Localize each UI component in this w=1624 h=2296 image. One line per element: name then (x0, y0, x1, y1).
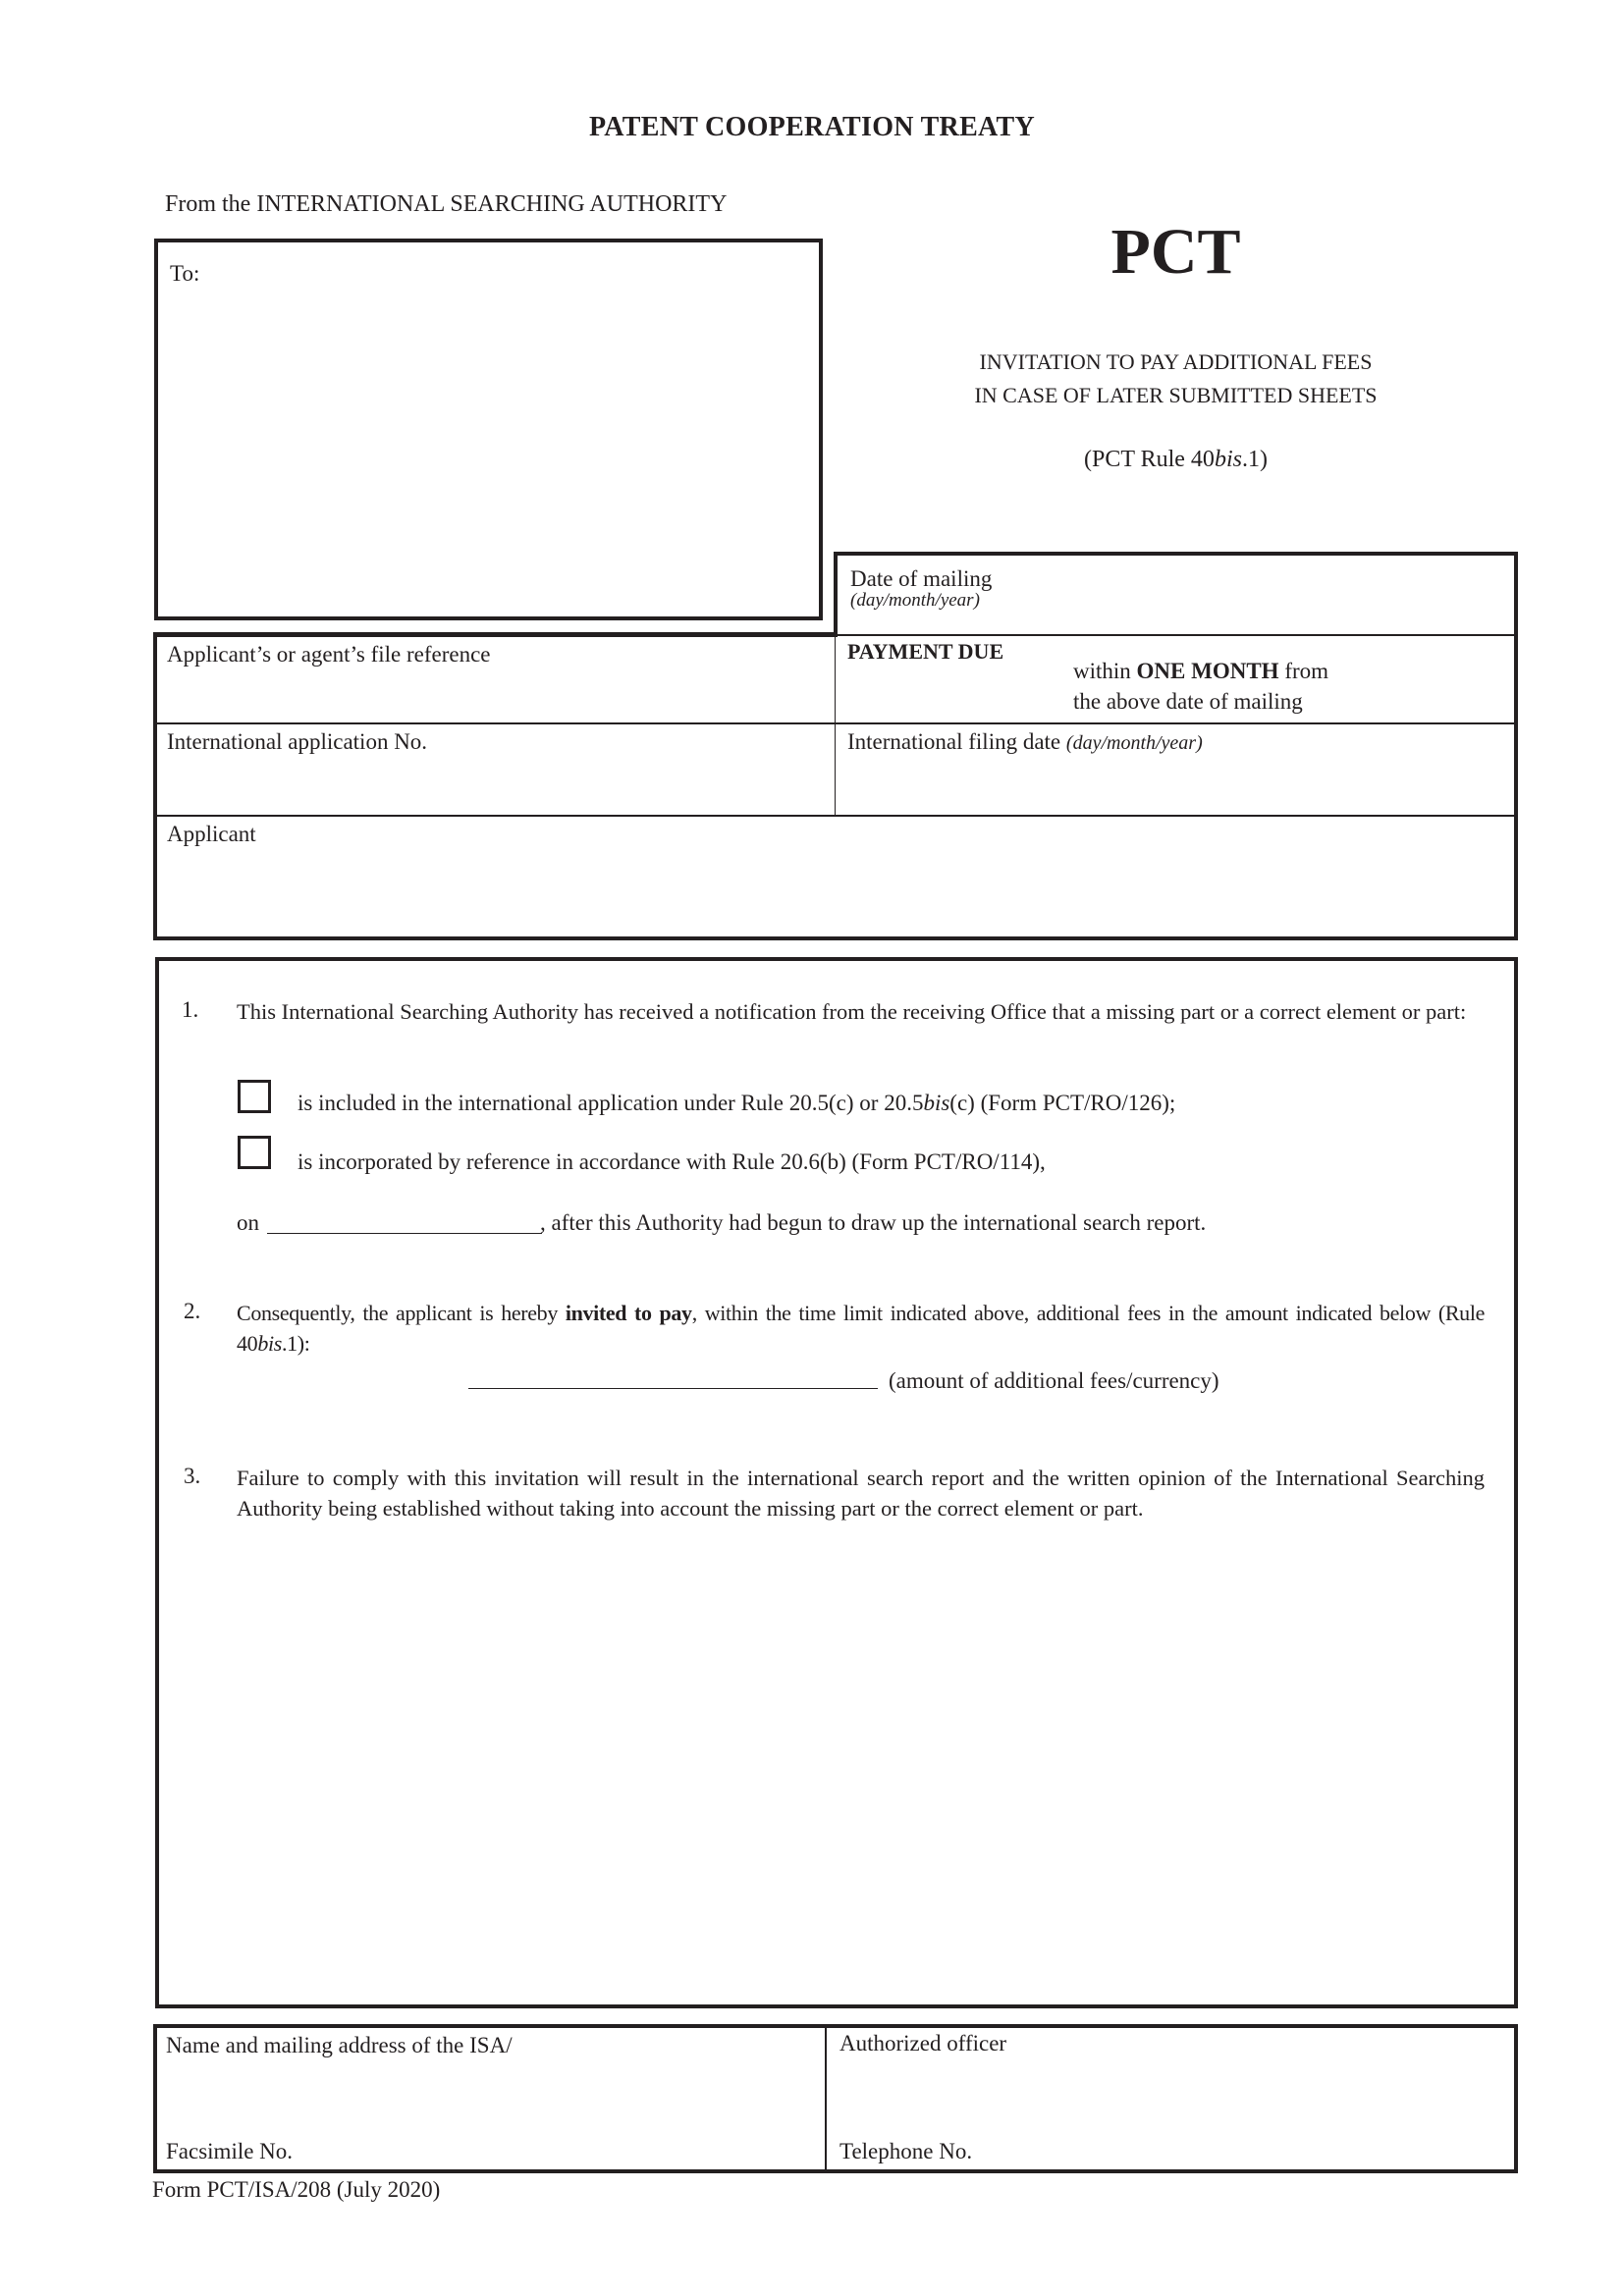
payment-due-label: PAYMENT DUE (847, 638, 1003, 666)
row-divider (155, 722, 1516, 724)
amount-input[interactable] (468, 1388, 878, 1389)
signature-column-divider (825, 2027, 827, 2170)
isa-address-label: Name and mailing address of the ISA/ (166, 2032, 513, 2060)
to-label: To: (170, 260, 199, 289)
row-divider (155, 815, 1516, 817)
telephone-label: Telephone No. (839, 2138, 972, 2166)
application-no-field[interactable]: International application No. (157, 726, 833, 813)
payment-period: within ONE MONTH from (1073, 658, 1328, 686)
checkbox-incorporated[interactable] (238, 1136, 271, 1169)
application-no-label: International application No. (167, 728, 427, 757)
item2-number: 2. (184, 1298, 200, 1326)
form-title-line2: IN CASE OF LATER SUBMITTED SHEETS (835, 379, 1517, 412)
authorized-officer-label: Authorized officer (839, 2030, 1006, 2058)
date-of-mailing-box[interactable]: Date of mailing (day/month/year) (834, 552, 1518, 636)
from-authority-label: From the INTERNATIONAL SEARCHING AUTHORI… (165, 189, 727, 219)
on-date-input[interactable] (267, 1233, 542, 1234)
rule-reference: (PCT Rule 40bis.1) (835, 445, 1517, 474)
pct-logo: PCT (835, 212, 1517, 294)
table-top-border (153, 632, 838, 637)
payment-due-box: PAYMENT DUE within ONE MONTH from the ab… (838, 638, 1515, 721)
form-title-line1: INVITATION TO PAY ADDITIONAL FEES (835, 346, 1517, 379)
column-divider (835, 634, 836, 817)
form-title: INVITATION TO PAY ADDITIONAL FEES IN CAS… (835, 346, 1517, 412)
filing-date-field[interactable]: International filing date (day/month/yea… (838, 726, 1515, 813)
divider (836, 634, 1518, 636)
isa-address-field[interactable]: Name and mailing address of the ISA/ Fac… (157, 2028, 823, 2169)
on-suffix-text: , after this Authority had begun to draw… (540, 1209, 1206, 1238)
file-reference-field[interactable]: Applicant’s or agent’s file reference (157, 638, 833, 721)
file-reference-label: Applicant’s or agent’s file reference (167, 641, 491, 669)
item3-text: Failure to comply with this invitation w… (237, 1463, 1485, 1523)
amount-label: (amount of additional fees/currency) (889, 1367, 1219, 1396)
option-included-text: is included in the international applica… (298, 1090, 1175, 1118)
treaty-title: PATENT COOPERATION TREATY (0, 110, 1624, 144)
on-label: on (237, 1209, 259, 1238)
authorized-officer-field[interactable]: Authorized officer Telephone No. (828, 2028, 1515, 2169)
item3-number: 3. (184, 1463, 200, 1491)
date-format-hint: (day/month/year) (850, 589, 980, 613)
applicant-field[interactable]: Applicant (157, 819, 1514, 934)
applicant-label: Applicant (167, 821, 256, 849)
payment-period-line2: the above date of mailing (1073, 688, 1303, 717)
item2-text: Consequently, the applicant is hereby in… (237, 1298, 1485, 1359)
item1-text: This International Searching Authority h… (237, 996, 1485, 1027)
checkbox-included[interactable] (238, 1080, 271, 1113)
form-identifier: Form PCT/ISA/208 (July 2020) (152, 2176, 440, 2205)
option-incorporated-text: is incorporated by reference in accordan… (298, 1148, 1046, 1177)
item1-number: 1. (182, 996, 198, 1025)
facsimile-label: Facsimile No. (166, 2138, 293, 2166)
to-address-box[interactable]: To: (154, 239, 823, 620)
filing-date-label: International filing date (day/month/yea… (847, 728, 1203, 757)
